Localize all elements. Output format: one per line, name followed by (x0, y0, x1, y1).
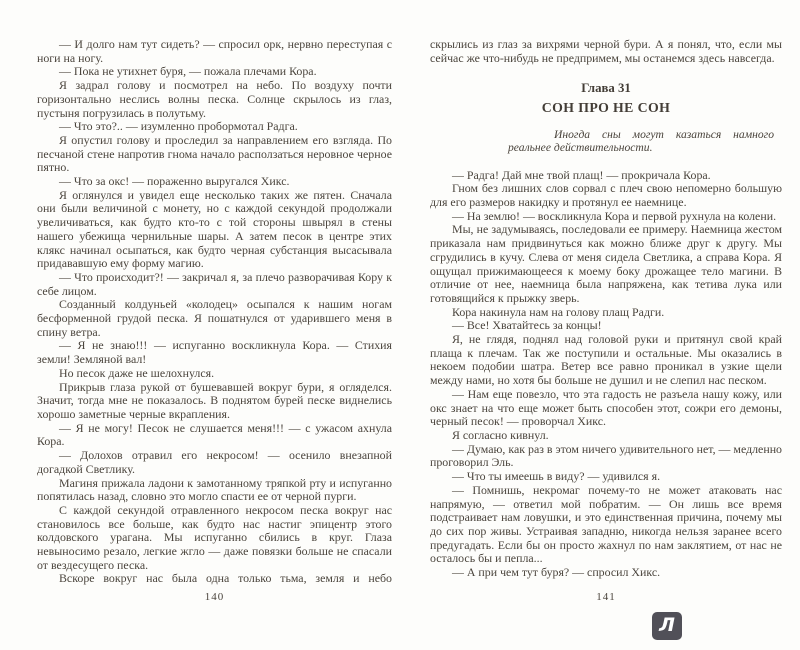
chapter-title: СОН ПРО НЕ СОН (430, 101, 782, 115)
labirint-logo-letter: Л (659, 616, 675, 635)
paragraph: С каждой секундой отравленного некросом … (37, 504, 392, 573)
paragraph: — Что ты имеешь в виду? — удивился я. (430, 470, 782, 484)
paragraph: — А при чем тут буря? — спросил Хикс. (430, 566, 782, 580)
right-page-number: 141 (430, 591, 782, 603)
left-page-text: — И долго нам тут сидеть? — спросил орк,… (37, 38, 392, 586)
right-page-text: — Радга! Дай мне твой плащ! — прокричала… (430, 169, 782, 580)
paragraph: Но песок даже не шелохнулся. (37, 367, 392, 381)
chapter-epigraph: Иногда сны могут казаться намного реальн… (508, 128, 774, 155)
paragraph: Я задрал голову и посмотрел на небо. По … (37, 79, 392, 120)
paragraph: Вскоре вокруг нас была одна только тьма,… (37, 572, 392, 586)
paragraph: Магиня прижала ладони к замотанному тряп… (37, 477, 392, 504)
labirint-logo: Л (652, 612, 682, 640)
paragraph: — Все! Хватайтесь за концы! (430, 319, 782, 333)
paragraph: — Радга! Дай мне твой плащ! — прокричала… (430, 169, 782, 183)
paragraph: — Помнишь, некромаг почему-то не может а… (430, 484, 782, 566)
paragraph: Прикрыв глаза рукой от бушевавшей вокруг… (37, 381, 392, 422)
paragraph: — Что происходит?! — закричал я, за плеч… (37, 271, 392, 298)
paragraph: Гном без лишних слов сорвал с плеч свою … (430, 182, 782, 209)
paragraph: — Я не могу! Песок не слушается меня!!! … (37, 422, 392, 449)
paragraph: — Долохов отравил его некросом! — осенил… (37, 449, 392, 476)
paragraph: Я опустил голову и проследил за направле… (37, 134, 392, 175)
chapter-number: Глава 31 (430, 82, 782, 96)
book-spread-scan: — И долго нам тут сидеть? — спросил орк,… (0, 0, 800, 650)
right-page: скрылись из глаз за вихрями черной бури.… (430, 38, 782, 580)
continuation-paragraph: скрылись из глаз за вихрями черной бури.… (430, 38, 782, 65)
paragraph: Созданный колдуньей «колодец» осыпался к… (37, 298, 392, 339)
paragraph: Мы, не задумываясь, последовали ее приме… (430, 223, 782, 305)
paragraph: — Что это?.. — изумленно пробормотал Рад… (37, 120, 392, 134)
paragraph: Кора накинула нам на голову плащ Радги. (430, 306, 782, 320)
paragraph: Я согласно кивнул. (430, 429, 782, 443)
paragraph: — Что за окс! — пораженно выругался Хикс… (37, 175, 392, 189)
paragraph: — И долго нам тут сидеть? — спросил орк,… (37, 38, 392, 65)
paragraph: — Я не знаю!!! — испуганно воскликнула К… (37, 339, 392, 366)
paragraph: — Пока не утихнет буря, — пожала плечами… (37, 65, 392, 79)
left-page-number: 140 (37, 591, 392, 603)
paragraph: Я, не глядя, поднял над головой руки и п… (430, 333, 782, 388)
paragraph: — Нам еще повезло, что эта гадость не ра… (430, 388, 782, 429)
left-page: — И долго нам тут сидеть? — спросил орк,… (37, 38, 392, 586)
paragraph: — Думаю, как раз в этом ничего удивитель… (430, 443, 782, 470)
paragraph: Я оглянулся и увидел еще несколько таких… (37, 189, 392, 271)
paragraph: — На землю! — воскликнула Кора и первой … (430, 210, 782, 224)
